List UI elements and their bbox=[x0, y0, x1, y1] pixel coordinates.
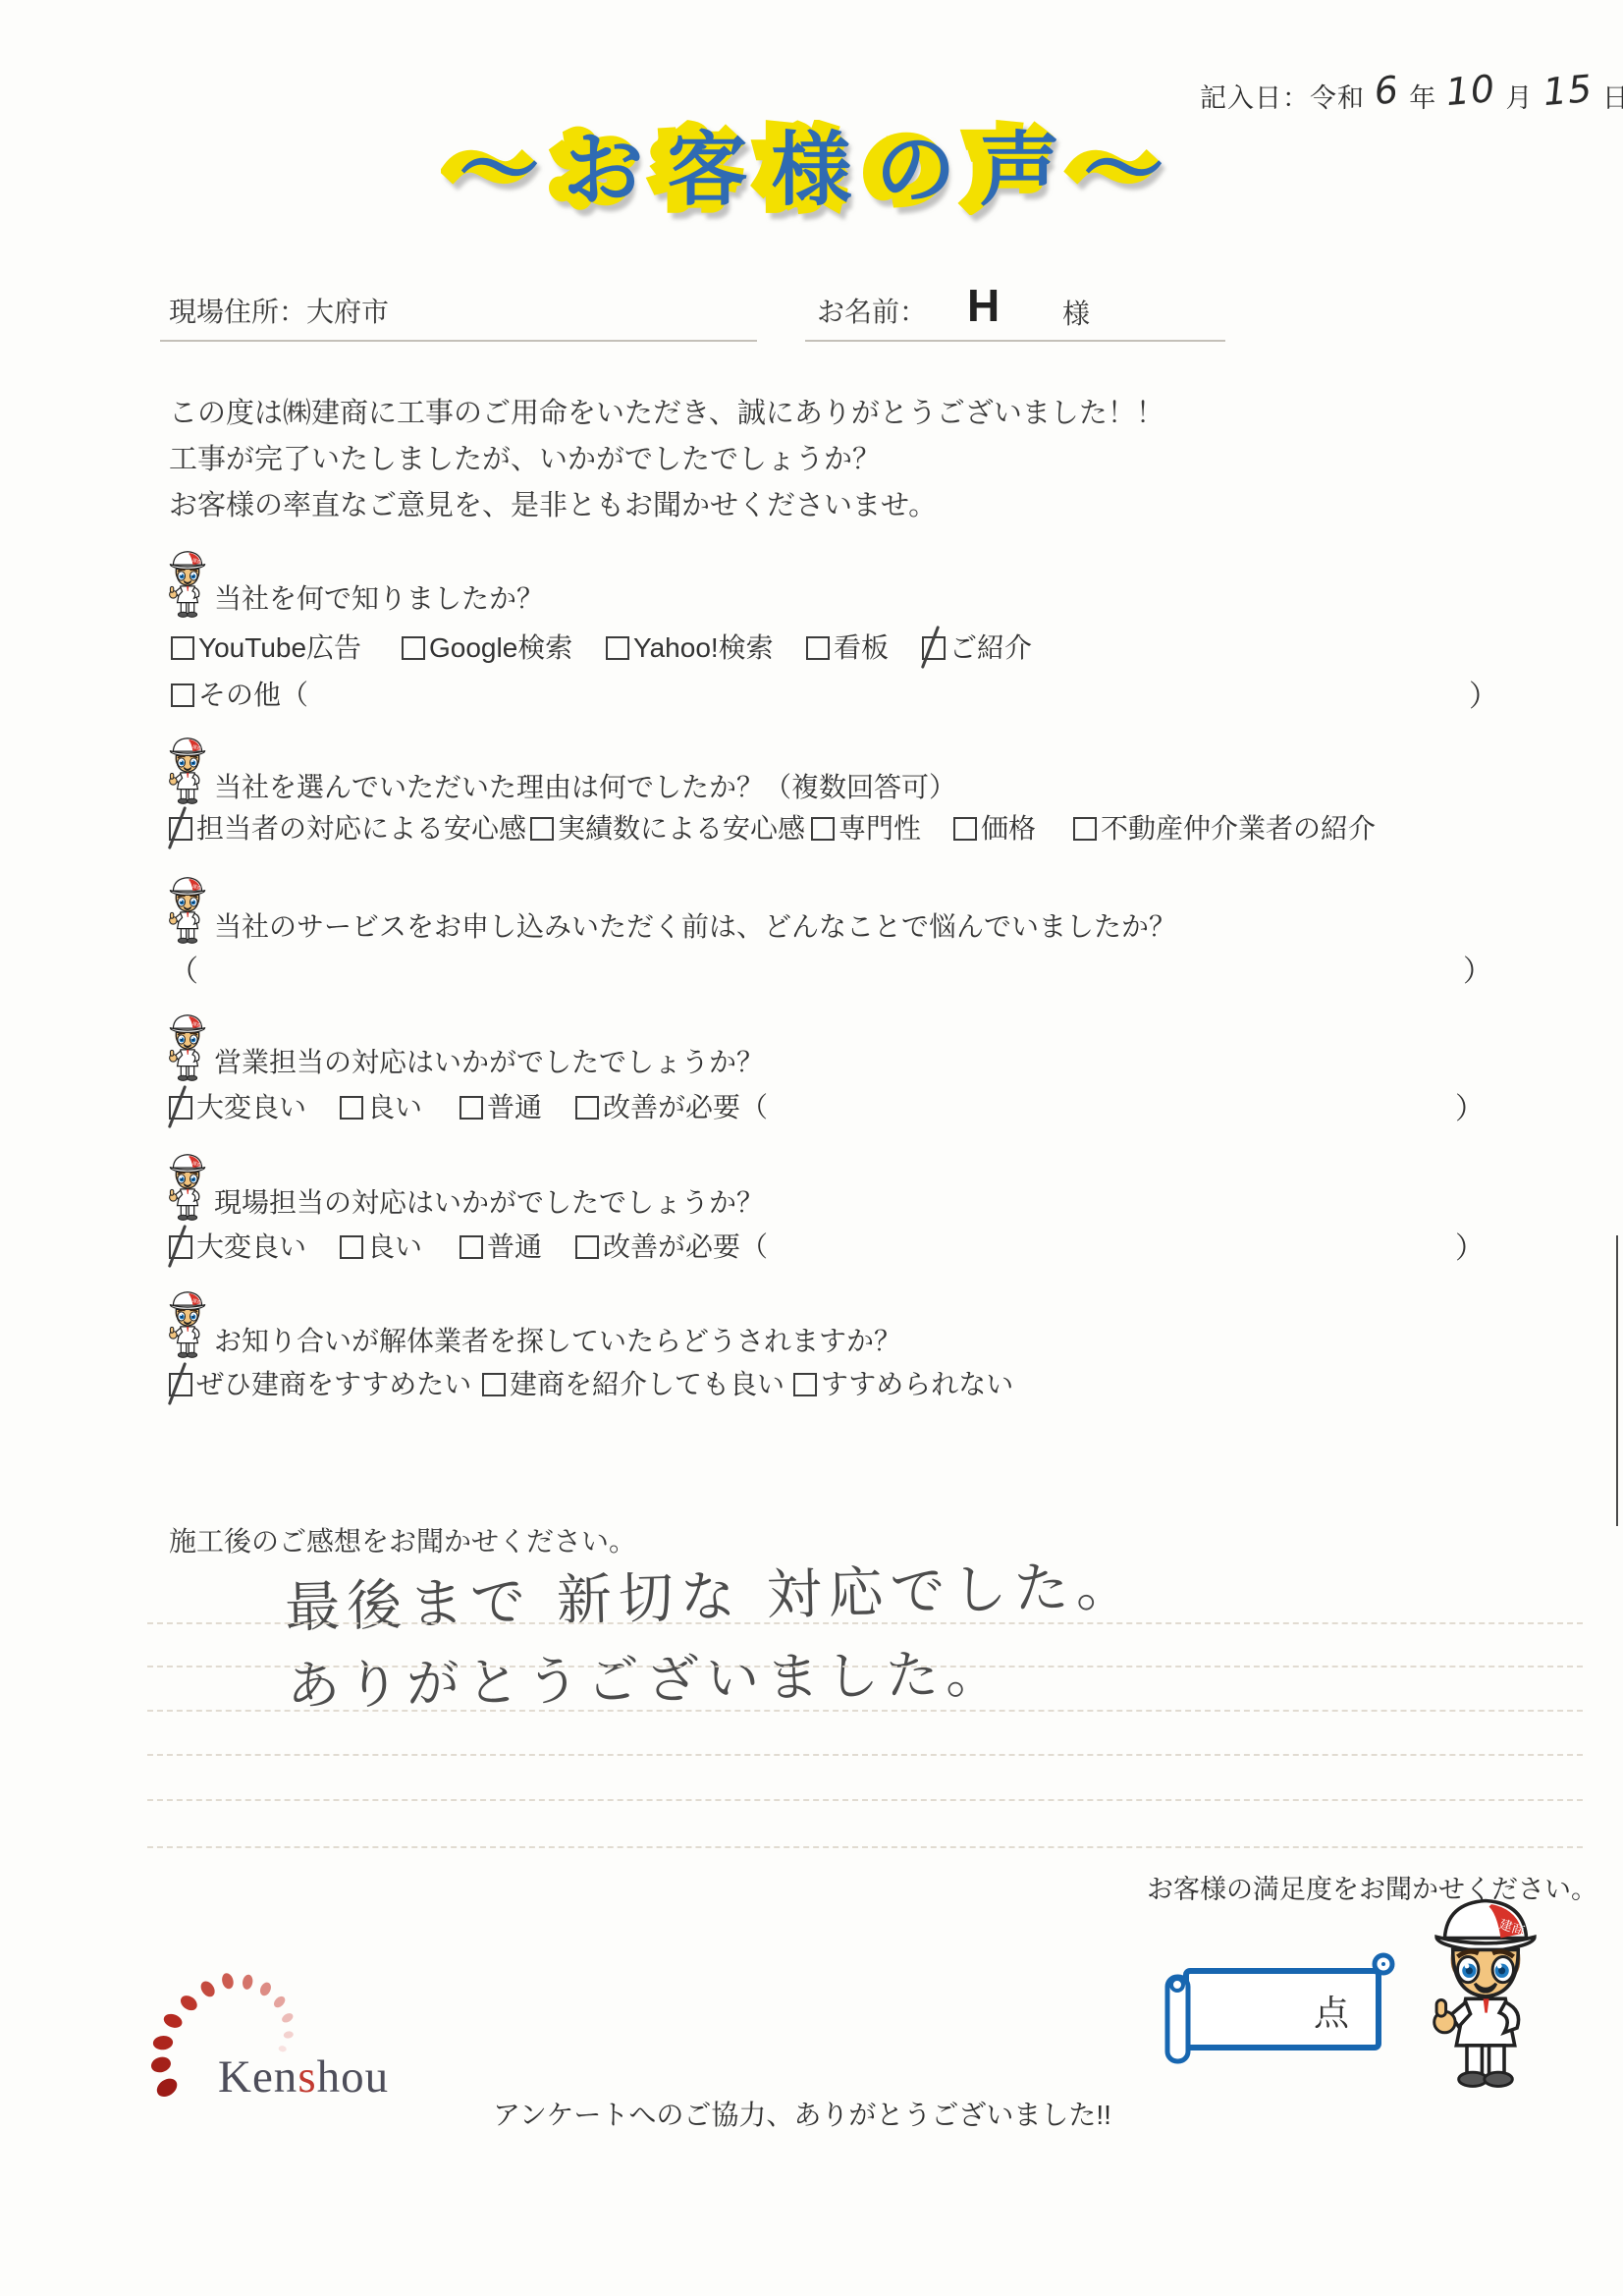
option-label: その他（ bbox=[198, 680, 308, 710]
option-label: 普通 bbox=[487, 1231, 542, 1262]
worker-mascot-icon bbox=[165, 548, 210, 619]
score-unit-label: 点 bbox=[1314, 1986, 1349, 2036]
worker-mascot-icon bbox=[165, 874, 210, 945]
checkbox-icon bbox=[806, 636, 830, 660]
survey-thanks-message: アンケートへのご協力、ありがとうございました!! bbox=[493, 2094, 1111, 2133]
option-label: 不動産仲介業者の紹介 bbox=[1101, 813, 1376, 844]
option-label: 良い bbox=[367, 1231, 422, 1262]
ruled-line bbox=[147, 1622, 1583, 1624]
worker-mascot-icon bbox=[165, 1151, 210, 1222]
ruled-line bbox=[147, 1799, 1583, 1801]
name-underline bbox=[805, 340, 1225, 342]
scroll-banner-icon bbox=[1162, 1947, 1401, 2067]
option-realtor-referral: 不動産仲介業者の紹介 bbox=[1073, 807, 1376, 847]
option-label: 改善が必要（ bbox=[603, 1092, 768, 1122]
checkbox-icon bbox=[171, 683, 194, 707]
handwritten-feedback-line: ありがとうございました。 bbox=[286, 1632, 1005, 1721]
honorific-label: 様 bbox=[1062, 293, 1090, 332]
question-6-text: お知り合いが解体業者を探していたらどうされますか？ bbox=[214, 1320, 901, 1359]
checkbox-icon bbox=[171, 636, 194, 660]
option-yahoo-search: Yahoo!検索 bbox=[606, 627, 774, 666]
other-close-paren: ） bbox=[1469, 672, 1498, 715]
option-label: 大変良い bbox=[196, 1092, 306, 1122]
intro-line: この度は㈱建商に工事のご用命をいただき、誠にありがとうございました！！ bbox=[169, 391, 1164, 437]
intro-line: お客様の率直なご意見を、是非ともお聞かせくださいませ。 bbox=[169, 483, 1164, 529]
checkbox-icon bbox=[793, 1373, 817, 1396]
option-label: Yahoo!検索 bbox=[633, 632, 774, 663]
checkbox-icon bbox=[953, 817, 977, 841]
scanned-survey-page: 建商 bbox=[0, 0, 1623, 2296]
question-5-text: 現場担当の対応はいかがでしたでしょうか？ bbox=[214, 1181, 764, 1221]
checkbox-icon bbox=[460, 1235, 483, 1259]
option-label: 価格 bbox=[981, 813, 1036, 844]
page-title-text: ～お客様の声～ bbox=[459, 126, 1187, 215]
option-label: 改善が必要（ bbox=[603, 1231, 768, 1262]
logo-part: Ken bbox=[218, 2051, 298, 2103]
checkbox-icon bbox=[460, 1096, 483, 1120]
option-good: 良い bbox=[340, 1086, 422, 1125]
checkbox-icon bbox=[606, 636, 629, 660]
answer-open-paren: （ bbox=[169, 947, 198, 990]
option-label: 専門性 bbox=[839, 813, 921, 844]
option-needs-improvement: 改善が必要（ bbox=[575, 1086, 768, 1125]
question-1-other-row: その他（ ） bbox=[0, 674, 1623, 713]
kenshou-mascot-character bbox=[1412, 1891, 1559, 2090]
customer-name-value: H bbox=[967, 279, 1000, 332]
intro-paragraph: この度は㈱建商に工事のご用命をいただき、誠にありがとうございました！！ 工事が完… bbox=[169, 391, 1164, 529]
option-label: 建商を紹介しても良い bbox=[510, 1369, 784, 1399]
option-other: その他（ bbox=[171, 674, 308, 713]
option-staff-trust-checked: 担当者の対応による安心感 bbox=[169, 807, 526, 847]
checkbox-icon bbox=[575, 1096, 599, 1120]
option-cannot-recommend: すすめられない bbox=[793, 1363, 1013, 1402]
question-4-options: 大変良い 良い 普通 改善が必要（ ） bbox=[0, 1086, 1623, 1125]
close-paren: ） bbox=[1455, 1224, 1485, 1267]
option-label: ご紹介 bbox=[949, 632, 1032, 663]
option-google-search: Google検索 bbox=[402, 627, 572, 666]
question-2-options: 担当者の対応による安心感 実績数による安心感 専門性 価格 不動産仲介業者の紹介 bbox=[0, 807, 1623, 847]
option-label: Google検索 bbox=[429, 632, 572, 663]
option-average: 普通 bbox=[460, 1086, 542, 1125]
checkbox-icon bbox=[811, 817, 835, 841]
customer-name-label: お名前： bbox=[817, 291, 927, 330]
checkbox-icon bbox=[1073, 817, 1097, 841]
checkbox-icon bbox=[340, 1096, 363, 1120]
option-label: 普通 bbox=[487, 1092, 542, 1122]
worker-mascot-icon bbox=[165, 1288, 210, 1359]
option-label: 担当者の対応による安心感 bbox=[196, 813, 526, 844]
option-needs-improvement: 改善が必要（ bbox=[575, 1226, 768, 1265]
worker-mascot-icon bbox=[165, 735, 210, 805]
option-good: 良い bbox=[340, 1226, 422, 1265]
option-signboard: 看板 bbox=[806, 627, 889, 666]
ruled-line bbox=[147, 1846, 1583, 1848]
checkbox-icon bbox=[575, 1235, 599, 1259]
checked-checkbox-icon bbox=[169, 1235, 192, 1259]
site-address-label: 現場住所：大府市 bbox=[169, 291, 389, 330]
logo-part: hou bbox=[317, 2051, 390, 2103]
question-1-options: YouTube広告 Google検索 Yahoo!検索 看板 ご紹介 bbox=[0, 627, 1623, 666]
option-excellent-checked: 大変良い bbox=[169, 1226, 306, 1265]
ruled-line bbox=[147, 1666, 1583, 1667]
question-2-text: 当社を選んでいただいた理由は何でしたか？（複数回答可） bbox=[214, 766, 956, 805]
checked-checkbox-icon bbox=[922, 636, 946, 660]
checked-checkbox-icon bbox=[169, 1373, 192, 1396]
question-4-text: 営業担当の対応はいかがでしたでしょうか？ bbox=[214, 1041, 764, 1080]
option-youtube-ad: YouTube広告 bbox=[171, 627, 361, 666]
option-label: ぜひ建商をすすめたい bbox=[196, 1369, 471, 1399]
question-5-options: 大変良い 良い 普通 改善が必要（ ） bbox=[0, 1226, 1623, 1265]
option-might-introduce: 建商を紹介しても良い bbox=[482, 1363, 784, 1402]
option-excellent-checked: 大変良い bbox=[169, 1086, 306, 1125]
kenshou-logo-text: Kenshou bbox=[218, 2050, 389, 2104]
option-label: 看板 bbox=[834, 632, 889, 663]
answer-close-paren: ） bbox=[1463, 947, 1492, 990]
option-expertise: 専門性 bbox=[811, 807, 921, 847]
option-average: 普通 bbox=[460, 1226, 542, 1265]
option-label: 良い bbox=[367, 1092, 422, 1122]
checkbox-icon bbox=[402, 636, 425, 660]
checked-checkbox-icon bbox=[169, 817, 192, 841]
option-recommend-checked: ぜひ建商をすすめたい bbox=[169, 1363, 471, 1402]
checkbox-icon bbox=[530, 817, 554, 841]
feedback-label: 施工後のご感想をお聞かせください。 bbox=[169, 1520, 636, 1559]
option-label: すすめられない bbox=[821, 1369, 1013, 1399]
option-label: 大変良い bbox=[196, 1231, 306, 1262]
question-6-options: ぜひ建商をすすめたい 建商を紹介しても良い すすめられない bbox=[0, 1363, 1623, 1402]
checked-checkbox-icon bbox=[169, 1096, 192, 1120]
intro-line: 工事が完了いたしましたが、いかがでしたでしょうか？ bbox=[169, 437, 1164, 483]
scan-artifact-line bbox=[1616, 1235, 1618, 1526]
checkbox-icon bbox=[482, 1373, 506, 1396]
site-underline bbox=[160, 340, 757, 342]
checkbox-icon bbox=[340, 1235, 363, 1259]
option-referral-checked: ご紹介 bbox=[922, 627, 1032, 666]
question-1-text: 当社を何で知りましたか？ bbox=[214, 577, 544, 617]
option-label: 実績数による安心感 bbox=[558, 813, 805, 844]
ruled-line bbox=[147, 1710, 1583, 1712]
ruled-line bbox=[147, 1754, 1583, 1756]
close-paren: ） bbox=[1455, 1084, 1485, 1127]
logo-part-red-s: s bbox=[298, 2051, 316, 2103]
option-price: 価格 bbox=[953, 807, 1036, 847]
question-3-text: 当社のサービスをお申し込みいただく前は、どんなことで悩んでいましたか？ bbox=[214, 905, 1176, 945]
option-label: YouTube広告 bbox=[198, 632, 361, 663]
option-track-record: 実績数による安心感 bbox=[530, 807, 805, 847]
page-title: ～お客様の声～ ～お客様の声～ bbox=[0, 106, 1623, 221]
worker-mascot-icon bbox=[165, 1011, 210, 1082]
